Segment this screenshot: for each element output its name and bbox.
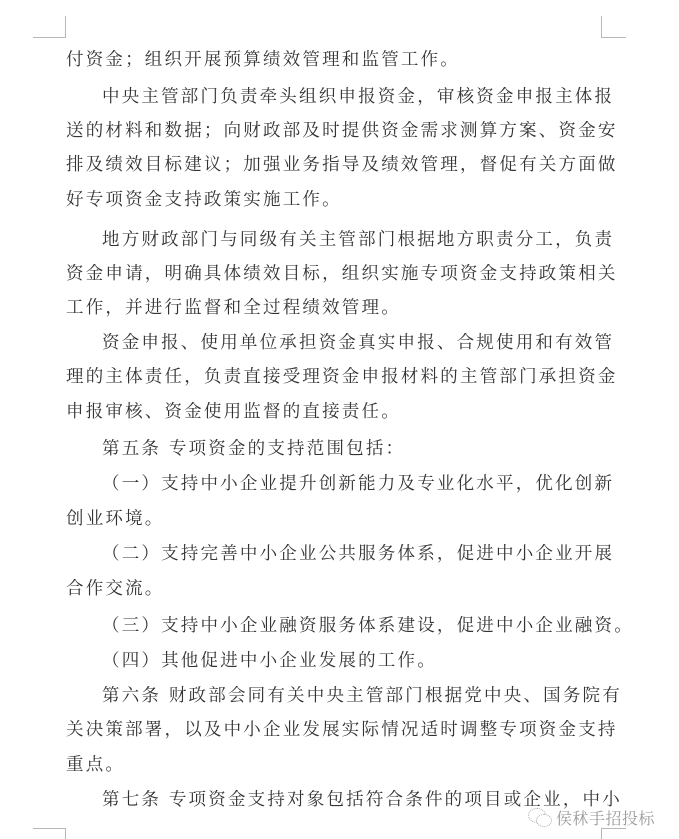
text-line: 送的材料和数据；向财政部及时提供资金需求测算方案、资金安 <box>66 120 606 142</box>
text-line: 资金申报、使用单位承担资金真实申报、合规使用和有效管 <box>102 332 642 354</box>
text-line: 中央主管部门负责牵头组织申报资金，审核资金申报主体报 <box>102 86 642 108</box>
watermark: 侯秫手招投标 <box>528 804 655 830</box>
document-page: 付资金；组织开展预算绩效管理和监管工作。中央主管部门负责牵头组织申报资金，审核资… <box>0 0 679 839</box>
text-line: 付资金；组织开展预算绩效管理和监管工作。 <box>66 49 606 71</box>
text-line: （四）其他促进中小企业发展的工作。 <box>102 650 642 672</box>
text-line: （二）支持完善中小企业公共服务体系，促进中小企业开展 <box>102 543 642 565</box>
text-line: 排及绩效目标建议；加强业务指导及绩效管理，督促有关方面做 <box>66 154 606 176</box>
text-line: 好专项资金支持政策实施工作。 <box>66 189 606 211</box>
text-line: 第六条 财政部会同有关中央主管部门根据党中央、国务院有 <box>102 685 642 707</box>
wechat-icon <box>528 806 552 828</box>
text-line: 第五条 专项资金的支持范围包括： <box>102 438 642 460</box>
corner-mark-top-right <box>601 16 626 38</box>
text-line: 理的主体责任，负责直接受理资金申报材料的主管部门承担资金 <box>66 366 606 388</box>
watermark-text: 侯秫手招投标 <box>556 806 655 829</box>
corner-mark-top-left <box>33 16 66 38</box>
text-line: 地方财政部门与同级有关主管部门根据地方职责分工，负责 <box>102 229 642 251</box>
text-line: 资金申请，明确具体绩效目标，组织实施专项资金支持政策相关 <box>66 263 606 285</box>
text-line: 重点。 <box>66 754 606 776</box>
text-line: （三）支持中小企业融资服务体系建设，促进中小企业融资。 <box>102 615 642 637</box>
corner-mark-bottom-left <box>33 828 66 839</box>
text-line: （一）支持中小企业提升创新能力及专业化水平，优化创新 <box>102 473 642 495</box>
text-line: 申报审核、资金使用监督的直接责任。 <box>66 401 606 423</box>
text-line: 合作交流。 <box>66 578 606 600</box>
text-line: 工作，并进行监督和全过程绩效管理。 <box>66 297 606 319</box>
text-line: 创业环境。 <box>66 508 606 530</box>
text-line: 关决策部署，以及中小企业发展实际情况适时调整专项资金支持 <box>66 719 606 741</box>
